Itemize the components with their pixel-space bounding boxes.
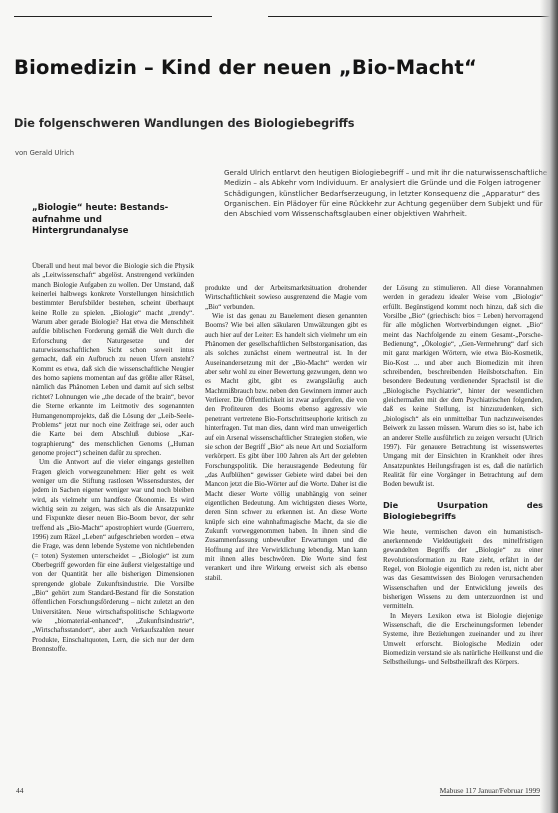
text-column-3: der Lösung zu stimulieren. All diese Vor… — [383, 284, 543, 762]
paragraph: Wie heute, vermischen davon ein humanist… — [383, 528, 543, 612]
page-number: 44 — [16, 786, 24, 795]
issue-info: Mabuse 117 Januar/Februar 1999 — [440, 786, 540, 796]
byline: von Gerald Ulrich — [15, 149, 74, 157]
paragraph: In Meyers Lexikon etwa ist Biologie diej… — [383, 612, 543, 668]
paragraph: Wie ist das genau zu Bauelement diesen g… — [205, 312, 367, 583]
paragraph: Um die Antwort auf die vieler eingangs g… — [32, 458, 194, 654]
article-title: Biomedizin – Kind der neuen „Bio-Macht“ — [14, 56, 477, 79]
top-rule-left — [14, 16, 212, 17]
paragraph: Überall und heut mal bevor die Biologie … — [32, 262, 194, 458]
text-column-2: produkte und der Arbeitsmarktsituation d… — [205, 284, 367, 762]
text-column-1: Überall und heut mal bevor die Biologie … — [32, 262, 194, 762]
article-subtitle: Die folgenschweren Wandlungen des Biolog… — [14, 117, 355, 130]
page-binding-shadow — [540, 0, 558, 813]
intro-teaser: Gerald Ulrich entlarvt den heutigen Biol… — [224, 168, 550, 219]
paragraph: der Lösung zu stimulieren. All diese Vor… — [383, 284, 543, 490]
top-rule-right — [268, 16, 550, 17]
section-heading-1: „Biologie“ heute: Bestands-aufnahme und … — [32, 203, 182, 238]
section-heading-2: Die Usurpation des Biologiebegriffs — [383, 500, 543, 523]
section-heading-block: „Biologie“ heute: Bestands-aufnahme und … — [32, 203, 182, 238]
paragraph: produkte und der Arbeitsmarktsituation d… — [205, 284, 367, 312]
